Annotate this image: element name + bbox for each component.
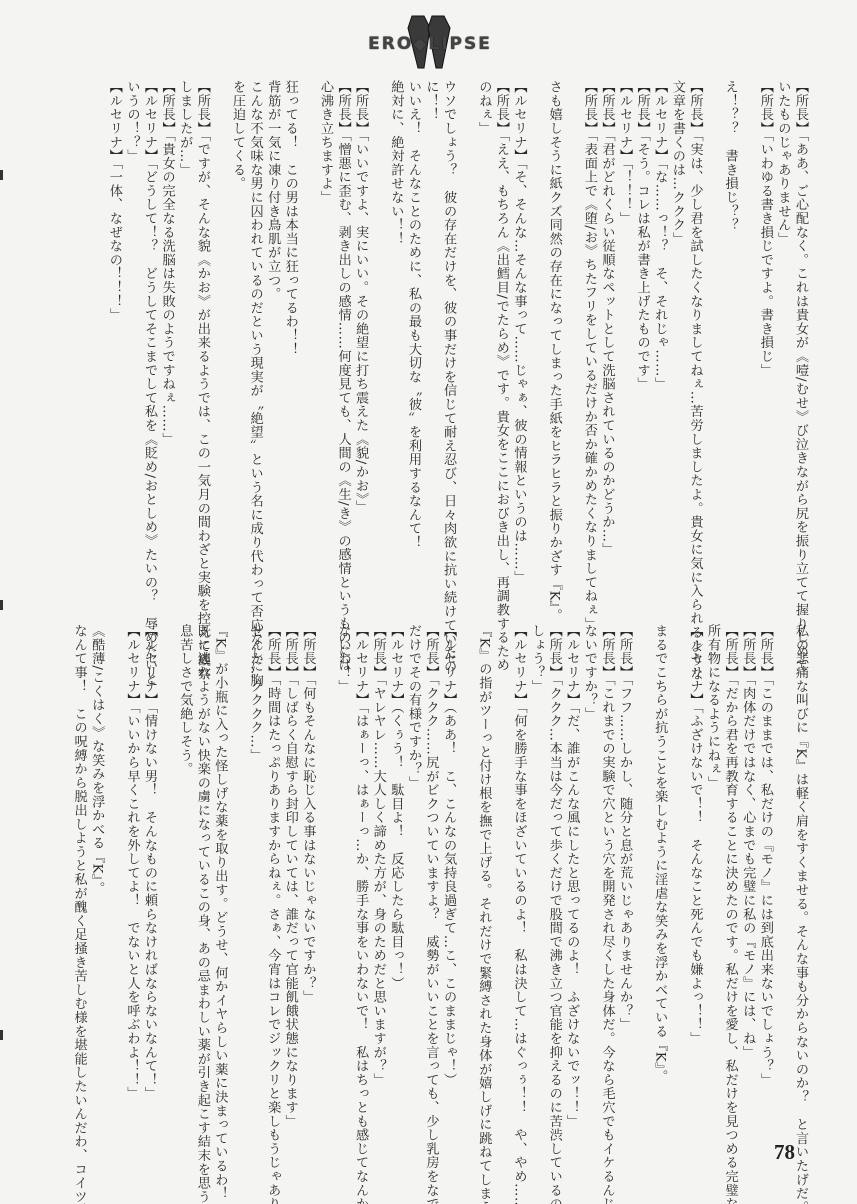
dialogue-line: 【所長】「ククク…本当は今だって歩くだけで股間で沸き立つ官能を抑えるのに苦渋して… xyxy=(545,624,563,1144)
paragraph-gap xyxy=(316,624,334,1144)
narration-line: のねぇ」 xyxy=(475,80,493,580)
paragraph-gap xyxy=(211,80,229,580)
narration-line: こんな不気味な男に囚われているのだという現実が〝絶望〟という名に成り代わって否応… xyxy=(246,80,264,580)
narration-line: 『K』の指がツーっと付け根を撫で上げる。それだけで緊縛された身体が嬉しげに跳ねて… xyxy=(475,624,493,1144)
narration-line: に！！ xyxy=(422,80,440,580)
paragraph-gap xyxy=(774,624,792,1144)
narration-line: 絶対に、絶対許せない！！ xyxy=(387,80,405,580)
narration-line: ないですか？」 xyxy=(580,624,598,1144)
dialogue-line: 【ルセリナ】「そ、そんな…そんな事って……じゃぁ、彼の情報というのは……」 xyxy=(510,80,528,580)
dialogue-line: 【所長】「フフ……しかし、随分と息が荒いじゃありませんか？」 xyxy=(615,624,633,1144)
narration-line: 背筋が一気に凍り付き鳥肌が立つ。 xyxy=(264,80,282,580)
narration-line: 既に逃れようがない快楽の虜になっているこの身、あの忌まわしい薬が引き起こす結末を… xyxy=(193,624,211,1144)
paragraph-gap xyxy=(703,80,721,580)
dialogue-line: 【ルセリナ】「！！！」 xyxy=(615,80,633,580)
narration-line: え！？？ 書き損じ？？ xyxy=(721,80,739,580)
paragraph-gap xyxy=(158,624,176,1144)
narration-line: なんて事！ この呪縛から脱出しようと私が醜く足掻き苦しむ様を堪能したいんだわ、コ… xyxy=(70,624,88,1144)
dialogue-line: 【所長】「表面上で《堕/お》ちたフリをしているだけか否か確かめたくなりましてねぇ… xyxy=(580,80,598,580)
eroclipse-logo: ERO◆LIPSE xyxy=(340,10,520,70)
paragraph-gap xyxy=(457,624,475,1144)
dialogue-line: 【ルセリナ】「情けない男！ そんなものに頼らなければならないなんて！」 xyxy=(140,624,158,1144)
paragraph-gap xyxy=(563,80,581,580)
dialogue-line: 【ルセリナ】（ああ！ こ、こんなの気持良過ぎて…こ、このままじゃ！） xyxy=(440,624,458,1144)
dialogue-line: 【ルセリナ】「どうして！？ どうしてそこまでして私を《貶め/おとしめ》たいの？ … xyxy=(140,80,158,580)
paragraph-gap xyxy=(668,624,686,1144)
dialogue-line: 【所長】「貴女の完全なる洗脳は失敗のようですねぇ……」 xyxy=(158,80,176,580)
dialogue-line: 【ルセリナ】「何を勝手な事をほざいているのよ！ 私は決して…はぐっぅ！！ や、や… xyxy=(510,624,528,1144)
dialogue-line: 【所長】「時間はたっぷりありますからねぇ。さぁ、今宵はコレでジックリと楽しもうじ… xyxy=(264,624,282,1144)
paragraph-gap xyxy=(299,80,317,580)
narration-line: いうの！？」 xyxy=(123,80,141,580)
paragraph-gap xyxy=(739,80,757,580)
dialogue-line: 【所長】「ああ、ご心配なく。これは貴女が《噎/むせ》び泣きながら尻を振り立てて握… xyxy=(791,80,809,580)
dialogue-line: 【ルセリナ】「な……っ！？ そ、それじゃ……」 xyxy=(651,80,669,580)
dialogue-line: 【所長】「いいですよ、実にいい。その絶望に打ち震えた《貌/かお》」 xyxy=(352,80,370,580)
text-block-bottom: 私の悲痛な叫びに『K』は軽く肩をすくませる。そんな事も分からないのか？ と言いた… xyxy=(29,624,809,1144)
paragraph-gap xyxy=(228,624,246,1144)
dialogue-line: 【所長】「ですが、そんな貌《かお》が出来るようでは、この一気月の間わざと実験を控… xyxy=(193,80,211,580)
dialogue-line: 【所長】「しばらく自慰すら封印していては、誰だって官能飢餓状態になります」 xyxy=(281,624,299,1144)
dialogue-line: 【所長】「実は、少し君を試したくなりましてねぇ…苦労しましたよ。貴女に気に入られ… xyxy=(686,80,704,580)
page-number: 78 xyxy=(774,1140,795,1165)
binding-mark xyxy=(0,600,3,610)
binding-mark xyxy=(0,1030,3,1040)
narration-line: 《酷薄/こくはく》な笑みを浮かべる『K』。 xyxy=(88,624,106,1144)
narration-line: を圧迫してくる。 xyxy=(228,80,246,580)
dialogue-line: 【ルセリナ】「はぁーっ、はぁーっ…か、勝手な事をいわないで！ 私はちっとも感じて… xyxy=(352,624,370,1144)
dialogue-line: 【所長】「そう。コレは私が書き上げたものです」 xyxy=(633,80,651,580)
narration-line: いたものじゃありません」 xyxy=(774,80,792,580)
paragraph-gap xyxy=(528,80,546,580)
dialogue-line: 【所長】「ヤレヤレ……大人しく諦めた方が、身のためだと思いますが？」 xyxy=(369,624,387,1144)
dialogue-line: 【所長】「これまでの実験で穴という穴を開発され尽くした身体だ。今なら毛穴でもイケ… xyxy=(598,624,616,1144)
dialogue-line: 【ルセリナ】「一体、なぜなの！！！」 xyxy=(105,80,123,580)
narration-line: 文章を書くのは…ククク」 xyxy=(668,80,686,580)
paragraph-gap xyxy=(492,624,510,1144)
binding-mark xyxy=(0,170,3,180)
narration-line: 所有物になるようにねぇ」 xyxy=(703,624,721,1144)
narration-line: ないわ！」 xyxy=(334,624,352,1144)
narration-line: だけでその有様ですか？」 xyxy=(404,624,422,1144)
dialogue-line: 【所長】「憎悪に歪む、剥き出しの感情……何度見ても、人間の《生/き》の感情という… xyxy=(334,80,352,580)
dialogue-line: 【所長】「だから君を再教育することに決めたのです。私だけを愛し、私だけを見つめる… xyxy=(721,624,739,1144)
dialogue-line: 【所長】「肉体だけではなく、心までも完璧に私の『モノ』には、ね」 xyxy=(739,624,757,1144)
dialogue-line: 【ルセリナ】「いいから早くこれを外してよ！ でないと人を呼ぶわよ！！」 xyxy=(123,624,141,1144)
dialogue-line: 【ルセリナ】（くぅう！ 駄目よ！ 反応したら駄目っ！） xyxy=(387,624,405,1144)
narration-line: 私の悲痛な叫びに『K』は軽く肩をすくませる。そんな事も分からないのか？ と言いた… xyxy=(791,624,809,1144)
dialogue-line: 【ルセリナ】「だ、誰がこんな風にしたと思ってるのよ！ ふざけないでッ！！」 xyxy=(563,624,581,1144)
dialogue-line: 【所長】「ええ、もちろん《出鱈目/でたらめ》です。貴女をここにおびき出し、再調教… xyxy=(492,80,510,580)
dialogue-line: 【所長】「このままでは、私だけの『モノ』には到底出来ないでしょう？」 xyxy=(756,624,774,1144)
narration-line: 『K』が小瓶に入った怪しげな薬を取り出す。どうせ、何かイヤらしい薬に決まっている… xyxy=(211,624,229,1144)
dialogue-line: 【ルセリナ】「ふざけないで！！ そんなこと死んでも嫌よっ！！」 xyxy=(686,624,704,1144)
dialogue-line: 【所長】「いわゆる書き損じですよ。書き損じ」 xyxy=(756,80,774,580)
narration-line: せんか…クククク…」 xyxy=(246,624,264,1144)
narration-line: 心沸き立ちますよ」 xyxy=(316,80,334,580)
dialogue-line: 【所長】「君がどれくらい従順なペットとして洗脳されているのかどうか…」 xyxy=(598,80,616,580)
text-block-top: 【所長】「ああ、ご心配なく。これは貴女が《噎/むせ》び泣きながら尻を振り立てて握… xyxy=(39,80,809,580)
paragraph-gap xyxy=(105,624,123,1144)
narration-line: しましたが…」 xyxy=(176,80,194,580)
narration-line: しょう？」 xyxy=(528,624,546,1144)
logo-text: ERO◆LIPSE xyxy=(340,34,520,54)
dialogue-line: 【所長】「ククク……尻がビクついていますよ？ 威勢がいいことを言っても、少し乳房… xyxy=(422,624,440,1144)
narration-line: 息苦しさで気絶しそう。 xyxy=(176,624,194,1144)
paragraph-gap xyxy=(633,624,651,1144)
paragraph-gap xyxy=(457,80,475,580)
narration-line: 狂ってる！ この男は本当に狂ってるわ！！ xyxy=(281,80,299,580)
narration-line: まるでこちらが抗うことを楽しむように淫虐な笑みを浮かべている『K』。 xyxy=(651,624,669,1144)
narration-line: いいえ！ そんなことのために、私の最も大切な〝彼〟を利用するなんて！ xyxy=(404,80,422,580)
narration-line: ウソでしょう？ 彼の存在だけを、彼の事だけを信じて耐え忍び、日々肉欲に抗い続けて… xyxy=(440,80,458,580)
dialogue-line: 【所長】「何もそんなに恥じ入る事はないじゃないですか？」 xyxy=(299,624,317,1144)
narration-line: さも嬉しそうに紙クズ同然の存在になってしまった手紙をヒラヒラと振りかざす『K』。 xyxy=(545,80,563,580)
paragraph-gap xyxy=(369,80,387,580)
